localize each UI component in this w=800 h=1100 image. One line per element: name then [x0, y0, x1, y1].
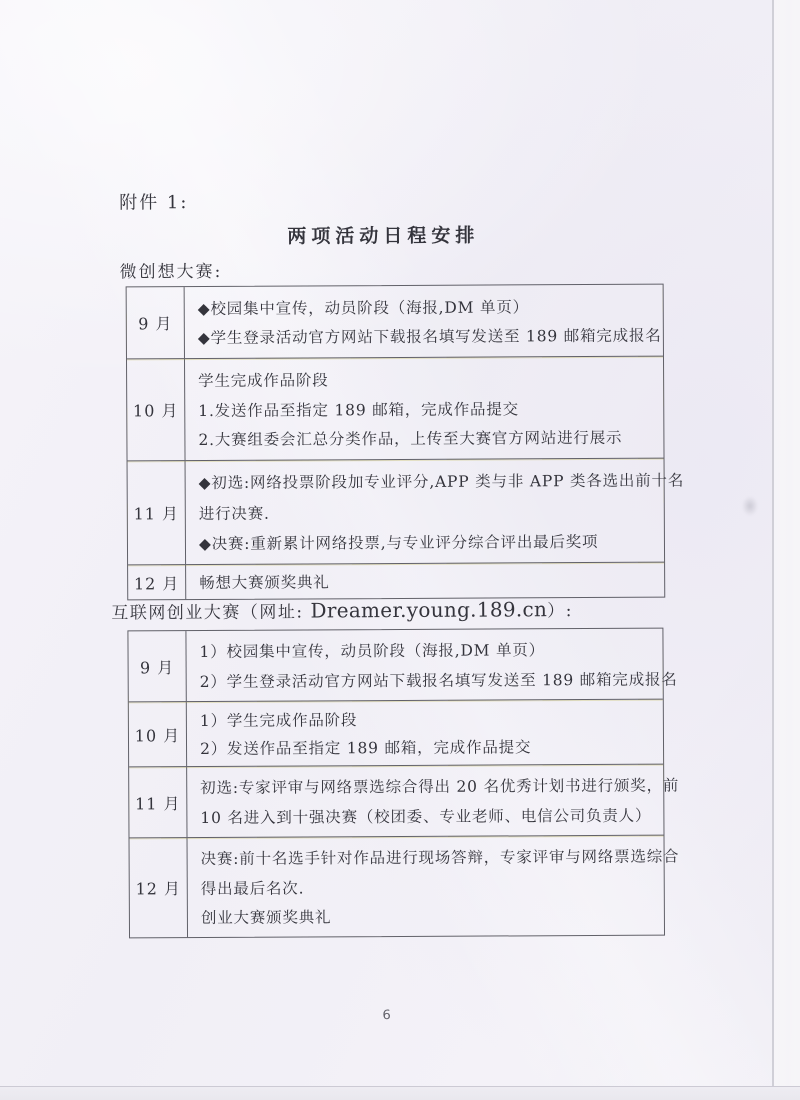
month-cell: 12 月 — [130, 838, 189, 937]
scan-bottom-edge — [0, 1086, 800, 1100]
table-row: 12 月 决赛:前十名选手针对作品进行现场答辩，专家评审与网络票选综合 得出最后… — [130, 836, 665, 938]
section1-schedule-table: 9 月 ◆校园集中宣传，动员阶段（海报,DM 单页） ◆学生登录活动官方网站下载… — [126, 284, 666, 601]
cell-line: 学生完成作品阶段 — [198, 366, 657, 390]
cell-line: 初选:专家评审与网络票选综合得出 20 名优秀计划书进行颁奖，前 — [200, 774, 679, 799]
content-cell: ◆初选:网络投票阶段加专业评分,APP 类与非 APP 类各选出前十名 进行决赛… — [186, 458, 691, 564]
cell-line: ◆学生登录活动官方网站下载报名填写发送至 189 邮箱完成报名 — [198, 324, 662, 348]
content-cell: ◆校园集中宣传，动员阶段（海报,DM 单页） ◆学生登录活动官方网站下载报名填写… — [185, 285, 668, 359]
attachment-label: 附件 1: — [119, 188, 188, 214]
cell-line: 1）校园集中宣传，动员阶段（海报,DM 单页） — [199, 638, 677, 663]
contest-url: Dreamer.young.189.cn — [310, 597, 547, 622]
content-cell: 畅想大赛颁奖典礼 — [186, 563, 664, 600]
cell-line: 1.发送作品至指定 189 邮箱，完成作品提交 — [198, 396, 657, 420]
content-cell: 学生完成作品阶段 1.发送作品至指定 189 邮箱，完成作品提交 2.大赛组委会… — [185, 357, 664, 461]
content-cell: 初选:专家评审与网络票选综合得出 20 名优秀计划书进行颁奖，前 10 名进入到… — [187, 765, 685, 838]
cell-line: 10 名进入到十强决赛（校团委、专业老师、电信公司负责人） — [200, 803, 679, 828]
document-content: 附件 1: 两项活动日程安排 微创想大赛: 9 月 ◆校园集中宣传，动员阶段（海… — [0, 0, 800, 1100]
cell-line: 畅想大赛颁奖典礼 — [199, 569, 658, 593]
cell-line: ◆初选:网络投票阶段加专业评分,APP 类与非 APP 类各选出前十名 — [199, 469, 685, 494]
section2-heading: 互联网创业大赛（网址: Dreamer.young.189.cn）: — [111, 596, 573, 623]
month-cell: 11 月 — [129, 767, 187, 837]
content-cell: 1）学生完成作品阶段 2）发送作品至指定 189 邮箱，完成作品提交 — [187, 700, 663, 766]
table-row: 9 月 1）校园集中宣传，动员阶段（海报,DM 单页） 2）学生登录活动官方网站… — [128, 629, 662, 703]
month-cell: 9 月 — [127, 287, 185, 358]
table-row: 10 月 学生完成作品阶段 1.发送作品至指定 189 邮箱，完成作品提交 2.… — [127, 357, 664, 462]
content-cell: 决赛:前十名选手针对作品进行现场答辩，专家评审与网络票选综合 得出最后名次. 创… — [188, 836, 686, 938]
section1-heading: 微创想大赛: — [119, 257, 222, 283]
table-row: 11 月 初选:专家评审与网络票选综合得出 20 名优秀计划书进行颁奖，前 10… — [129, 765, 663, 839]
month-cell: 9 月 — [128, 631, 186, 701]
cell-line: 进行决赛. — [199, 499, 685, 524]
cell-line: 2.大赛组委会汇总分类作品，上传至大赛官方网站进行展示 — [198, 426, 657, 450]
cell-line: ◆决赛:重新累计网络投票,与专业评分综合评出最后奖项 — [199, 529, 685, 554]
month-cell: 11 月 — [128, 461, 187, 564]
section2-heading-suffix: ）: — [547, 601, 573, 621]
cell-line: 创业大赛颁奖典礼 — [201, 903, 680, 928]
table-row: 12 月 畅想大赛颁奖典礼 — [128, 563, 664, 600]
month-cell: 12 月 — [128, 565, 186, 599]
month-cell: 10 月 — [127, 359, 186, 460]
scanned-page: 附件 1: 两项活动日程安排 微创想大赛: 9 月 ◆校园集中宣传，动员阶段（海… — [0, 0, 800, 1100]
content-cell: 1）校园集中宣传，动员阶段（海报,DM 单页） 2）学生登录活动官方网站下载报名… — [186, 629, 683, 702]
table-row: 11 月 ◆初选:网络投票阶段加专业评分,APP 类与非 APP 类各选出前十名… — [128, 459, 665, 566]
table-row: 10 月 1）学生完成作品阶段 2）发送作品至指定 189 邮箱，完成作品提交 — [129, 700, 663, 768]
cell-line: ◆校园集中宣传，动员阶段（海报,DM 单页） — [198, 294, 662, 318]
cell-line: 1）学生完成作品阶段 — [200, 707, 657, 731]
section2-schedule-table: 9 月 1）校园集中宣传，动员阶段（海报,DM 单页） 2）学生登录活动官方网站… — [127, 628, 665, 939]
month-cell: 10 月 — [129, 702, 187, 766]
page-number: 6 — [382, 1008, 390, 1023]
cell-line: 得出最后名次. — [201, 874, 680, 899]
page-title: 两项活动日程安排 — [0, 219, 768, 250]
cell-line: 2）学生登录活动官方网站下载报名填写发送至 189 邮箱完成报名 — [200, 667, 678, 692]
scan-right-edge — [772, 0, 800, 1100]
section2-heading-prefix: 互联网创业大赛（网址: — [111, 602, 310, 623]
table-row: 9 月 ◆校园集中宣传，动员阶段（海报,DM 单页） ◆学生登录活动官方网站下载… — [127, 285, 663, 360]
cell-line: 2）发送作品至指定 189 邮箱，完成作品提交 — [200, 734, 657, 758]
scan-smudge — [742, 496, 758, 516]
cell-line: 决赛:前十名选手针对作品进行现场答辩，专家评审与网络票选综合 — [201, 845, 680, 870]
